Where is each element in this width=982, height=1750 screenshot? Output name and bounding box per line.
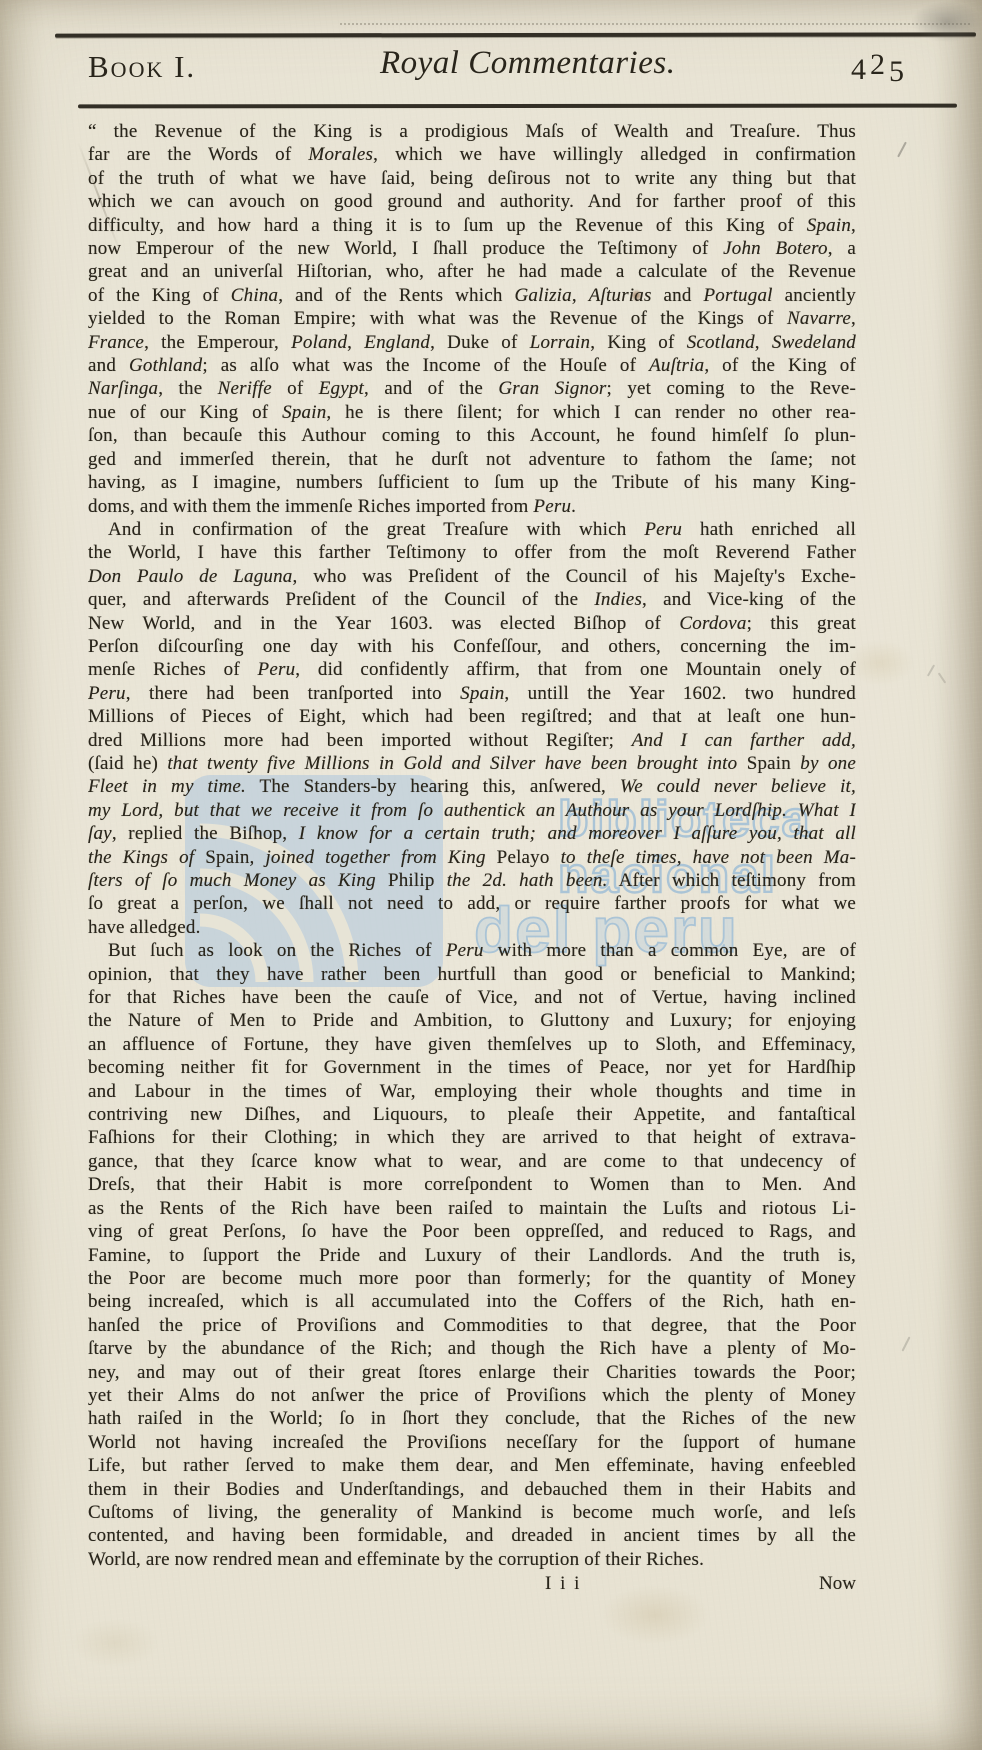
text-segment: Spain: [807, 215, 851, 236]
text-segment: doms, and with them the immenſe Riches i…: [88, 496, 533, 517]
text-line: And in confirmation of the great Treaſur…: [88, 518, 856, 541]
text-segment: Peru: [258, 659, 296, 680]
text-line: Dreſs, that their Habit is more correſpo…: [88, 1173, 856, 1196]
text-segment: Auſtria: [649, 355, 704, 376]
text-segment: them in their Bodies and Underſtandings,…: [88, 1479, 856, 1500]
signature-mark: I i i: [545, 1573, 581, 1595]
text-segment: quer, and afterwards Preſident of the Co…: [88, 589, 594, 610]
text-segment: Cordova: [679, 613, 746, 634]
text-segment: The Standers-by hearing this, anſwered,: [246, 776, 620, 797]
text-segment: Pelayo: [497, 847, 561, 868]
text-line: the Kings of Spain, joined together from…: [88, 846, 856, 869]
text-segment: nue of our King of: [88, 402, 282, 423]
text-segment: far are the Words of: [88, 144, 308, 165]
text-segment: England: [364, 332, 430, 353]
text-segment: and: [88, 355, 129, 376]
text-segment: Gran Signor: [498, 378, 606, 399]
text-segment: Peru: [88, 683, 126, 704]
text-segment: ,: [851, 215, 856, 236]
text-segment: , the: [158, 378, 217, 399]
text-line: Famine, to ſupport the Pride and Luxury …: [88, 1244, 856, 1267]
text-line: yielded to the Roman Empire; with what w…: [88, 307, 856, 330]
scan-noise-line: [340, 23, 970, 25]
text-line: the Poor are become much more poor than …: [88, 1267, 856, 1290]
text-segment: ged and immerſed therein, that he durſt …: [88, 449, 856, 470]
text-segment: contriving new Diſhes, and Liquours, to …: [88, 1104, 856, 1125]
text-segment: Swedeland: [772, 332, 856, 353]
text-segment: Philip: [388, 870, 447, 891]
text-line: hanſed the price of Proviſions and Commo…: [88, 1314, 856, 1337]
text-segment: the Nature of Men to Pride and Ambition,…: [88, 1010, 856, 1031]
text-segment: , who was Preſident of the Council of hi…: [293, 566, 856, 587]
text-line: contented, and having been formidable, a…: [88, 1524, 856, 1547]
text-segment: great and an univerſal Hiſtorian, who, a…: [88, 261, 856, 282]
text-segment: Portugal: [703, 285, 772, 306]
text-segment: And I can farther add,: [632, 730, 856, 751]
text-line: Cuſtoms of living, the generality of Man…: [88, 1501, 856, 1524]
text-line: quer, and afterwards Preſident of the Co…: [88, 588, 856, 611]
text-line: nue of our King of Spain, he is there ſi…: [88, 401, 856, 424]
text-segment: World not having increaſed the Proviſion…: [88, 1432, 856, 1453]
text-segment: Dreſs, that their Habit is more correſpo…: [88, 1174, 856, 1195]
text-segment: yet their Alms do not anſwer the price o…: [88, 1385, 856, 1406]
text-line: now Emperour of the new World, I ſhall p…: [88, 237, 856, 260]
page-number: 425: [851, 53, 908, 87]
text-line: ſo great a perſon, we ſhall not need to …: [88, 892, 856, 915]
text-segment: Perſon diſcourſing one day with his Conf…: [88, 636, 856, 657]
text-segment: New World, and in the Year 1603. was ele…: [88, 613, 679, 634]
text-segment: Fleet in my time.: [88, 776, 246, 797]
text-line: far are the Words of Morales, which we h…: [88, 143, 856, 166]
text-segment: becoming neither fit for Government in t…: [88, 1057, 856, 1078]
paper-stain: [70, 1618, 160, 1668]
text-segment: Spain: [747, 753, 801, 774]
text-segment: After which teſtimony from: [608, 870, 856, 891]
text-line: of the truth of what we have ſaid, being…: [88, 167, 856, 190]
text-segment: ,: [851, 308, 856, 329]
text-segment: Life, but rather ſerved to make them dea…: [88, 1455, 856, 1476]
text-segment: ,: [347, 332, 364, 353]
text-segment: , Duke of: [430, 332, 530, 353]
text-segment: ſay: [88, 823, 112, 844]
text-segment: Neriffe: [218, 378, 272, 399]
text-segment: Morales: [308, 144, 373, 165]
text-segment: and: [652, 285, 704, 306]
page-footer: I i i Now: [88, 1573, 856, 1597]
text-segment: hath enriched all: [682, 519, 856, 540]
text-line: (ſaid he) that twenty five Millions in G…: [88, 752, 856, 775]
text-segment: hath raiſed in the World; ſo in ſhort th…: [88, 1408, 856, 1429]
text-segment: Don Paulo de Laguna: [88, 566, 293, 587]
text-segment: menſe Riches of: [88, 659, 258, 680]
text-segment: ſters of ſo much Money as King: [88, 870, 388, 891]
text-segment: “ the Revenue of the King is a prodigiou…: [88, 121, 856, 142]
text-line: great and an univerſal Hiſtorian, who, a…: [88, 260, 856, 283]
text-segment: ,: [572, 285, 589, 306]
text-segment: Gothland: [129, 355, 202, 376]
text-line: which we can avouch on good ground and a…: [88, 190, 856, 213]
text-segment: France: [88, 332, 144, 353]
text-segment: , joined together from King: [250, 847, 497, 868]
text-line: doms, and with them the immenſe Riches i…: [88, 495, 856, 518]
header-rule-top: [55, 32, 976, 37]
text-segment: that twenty five Millions in Gold and Si…: [167, 753, 746, 774]
text-segment: Peru: [533, 496, 571, 517]
text-line: the Nature of Men to Pride and Ambition,…: [88, 1009, 856, 1032]
text-segment: Faſhions for their Clothing; in which th…: [88, 1127, 856, 1148]
text-segment: ſon, than becauſe this Authour coming to…: [88, 425, 856, 446]
text-segment: Aſturias: [589, 285, 652, 306]
text-segment: ; as alſo what was the Income of the Hou…: [202, 355, 649, 376]
text-line: Millions of Pieces of Eight, which had b…: [88, 705, 856, 728]
text-segment: ; yet coming to the Reve-: [607, 378, 856, 399]
text-segment: , he is there ſilent; for which I can re…: [326, 402, 856, 423]
text-segment: Cuſtoms of living, the generality of Man…: [88, 1502, 856, 1523]
text-line: World, are now rendred mean and effemina…: [88, 1548, 856, 1571]
text-segment: Lorrain: [530, 332, 591, 353]
text-segment: of: [272, 378, 319, 399]
text-segment: ſo great a perſon, we ſhall not need to …: [88, 893, 856, 914]
text-line: Narſinga, the Neriffe of Egypt, and of t…: [88, 377, 856, 400]
text-segment: (ſaid he): [88, 753, 167, 774]
text-line: and Labour in the times of War, employin…: [88, 1080, 856, 1103]
text-segment: , King of: [590, 332, 686, 353]
text-segment: of the truth of what we have ſaid, being…: [88, 168, 856, 189]
text-segment: , and of the: [364, 378, 498, 399]
text-segment: China: [231, 285, 278, 306]
text-line: being increaſed, which is all accumulate…: [88, 1290, 856, 1313]
text-segment: by one: [800, 753, 856, 774]
text-line: contriving new Diſhes, and Liquours, to …: [88, 1103, 856, 1126]
paragraph: And in confirmation of the great Treaſur…: [88, 518, 856, 939]
text-segment: the 2d. hath been.: [447, 870, 608, 891]
text-line: Fleet in my time. The Standers-by hearin…: [88, 775, 856, 798]
text-segment: ; this great: [747, 613, 856, 634]
page-number-digit: 2: [870, 48, 889, 82]
text-segment: of the King of: [88, 285, 231, 306]
text-segment: Narſinga: [88, 378, 158, 399]
text-line: ſtarve by the abundance of the Rich; and…: [88, 1337, 856, 1360]
text-line: the World, I have this farther Teſtimony…: [88, 541, 856, 564]
text-line: difficulty, and how hard a thing it is t…: [88, 214, 856, 237]
text-segment: But ſuch as look on the Riches of: [108, 940, 446, 961]
text-segment: Spain: [460, 683, 504, 704]
text-line: But ſuch as look on the Riches of Peru w…: [88, 939, 856, 962]
text-line: gance, that they ſcarce know what to wea…: [88, 1150, 856, 1173]
text-segment: Egypt: [319, 378, 364, 399]
text-segment: World, are now rendred mean and effemina…: [88, 1549, 704, 1570]
text-segment: Scotland: [687, 332, 755, 353]
text-segment: having, as I imagine, numbers ſufficient…: [88, 472, 856, 493]
text-segment: as the Rents of the Rich have been raiſe…: [88, 1198, 856, 1219]
page-number-digit: 4: [851, 53, 870, 87]
text-segment: I know for a certain truth; and moreover…: [299, 823, 856, 844]
text-segment: Millions of Pieces of Eight, which had b…: [88, 706, 856, 727]
text-segment: yielded to the Roman Empire; with what w…: [88, 308, 787, 329]
text-segment: gance, that they ſcarce know what to wea…: [88, 1151, 856, 1172]
text-segment: , the Emperour,: [144, 332, 291, 353]
text-segment: , did confidently affirm, that from one …: [295, 659, 856, 680]
text-segment: , a: [828, 238, 856, 259]
pencil-mark: [938, 672, 946, 683]
text-segment: to theſe times, have not been Ma-: [561, 847, 856, 868]
book-page: biblioteca nacional del peru Book I. Roy…: [0, 0, 982, 1750]
text-segment: dred Millions more had been imported wit…: [88, 730, 632, 751]
text-line: ſay, replied the Biſhop, I know for a ce…: [88, 822, 856, 845]
text-segment: ,: [755, 332, 772, 353]
text-line: them in their Bodies and Underſtandings,…: [88, 1478, 856, 1501]
text-segment: have alledged.: [88, 917, 201, 938]
text-segment: and Labour in the times of War, employin…: [88, 1081, 856, 1102]
text-line: Don Paulo de Laguna, who was Preſident o…: [88, 565, 856, 588]
text-segment: , there had been tranſported into: [126, 683, 460, 704]
text-line: have alledged.: [88, 916, 856, 939]
text-segment: the Kings of: [88, 847, 205, 868]
book-label: Book I.: [88, 49, 196, 85]
text-line: “ the Revenue of the King is a prodigiou…: [88, 120, 856, 143]
paragraph: “ the Revenue of the King is a prodigiou…: [88, 120, 856, 518]
text-segment: We could never believe it,: [620, 776, 856, 797]
text-segment: contented, and having been formidable, a…: [88, 1525, 856, 1546]
text-line: of the King of China, and of the Rents w…: [88, 284, 856, 307]
text-segment: which we can avouch on good ground and a…: [88, 191, 856, 212]
text-segment: ſtarve by the abundance of the Rich; and…: [88, 1338, 856, 1359]
text-segment: ney, and may out of their great ſtores e…: [88, 1362, 856, 1383]
text-segment: Spain: [282, 402, 326, 423]
text-line: hath raiſed in the World; ſo in ſhort th…: [88, 1407, 856, 1430]
text-line: World not having increaſed the Proviſion…: [88, 1431, 856, 1454]
text-line: having, as I imagine, numbers ſufficient…: [88, 471, 856, 494]
text-segment: ving of great Perſons, ſo have the Poor …: [88, 1221, 856, 1242]
text-segment: the Poor are become much more poor than …: [88, 1268, 856, 1289]
text-segment: difficulty, and how hard a thing it is t…: [88, 215, 807, 236]
text-line: Peru, there had been tranſported into Sp…: [88, 682, 856, 705]
text-segment: for that Riches have been the cauſe of V…: [88, 987, 856, 1008]
text-line: ged and immerſed therein, that he durſt …: [88, 448, 856, 471]
text-segment: an affluence of Fortune, they have given…: [88, 1034, 856, 1055]
text-segment: , of the King of: [704, 355, 856, 376]
text-segment: .: [571, 496, 576, 517]
text-segment: the World, I have this farther Teſtimony…: [88, 542, 856, 563]
page-number-digit: 5: [889, 55, 908, 89]
text-line: dred Millions more had been imported wit…: [88, 729, 856, 752]
catchword: Now: [819, 1573, 856, 1595]
pencil-mark: [897, 142, 907, 158]
text-line: ſters of ſo much Money as King Philip th…: [88, 869, 856, 892]
text-segment: being increaſed, which is all accumulate…: [88, 1291, 856, 1312]
text-segment: anciently: [773, 285, 856, 306]
text-line: yet their Alms do not anſwer the price o…: [88, 1384, 856, 1407]
pencil-mark: [901, 1336, 910, 1351]
text-line: for that Riches have been the cauſe of V…: [88, 986, 856, 1009]
text-segment: , replied the Biſhop,: [112, 823, 299, 844]
text-line: and Gothland; as alſo what was the Incom…: [88, 354, 856, 377]
text-segment: Indies: [594, 589, 642, 610]
text-segment: , which we have willingly alledged in co…: [373, 144, 856, 165]
text-segment: Peru: [644, 519, 682, 540]
text-segment: , and of the Rents which: [278, 285, 514, 306]
text-segment: Spain: [205, 847, 249, 868]
text-line: Faſhions for their Clothing; in which th…: [88, 1126, 856, 1149]
text-segment: my Lord, but that we receive it from ſo …: [88, 800, 856, 821]
text-line: ving of great Perſons, ſo have the Poor …: [88, 1220, 856, 1243]
text-segment: Peru: [446, 940, 484, 961]
text-segment: Poland: [291, 332, 347, 353]
paragraph: But ſuch as look on the Riches of Peru w…: [88, 939, 856, 1571]
text-line: becoming neither fit for Government in t…: [88, 1056, 856, 1079]
header-rule-bottom: [78, 104, 957, 109]
text-segment: Famine, to ſupport the Pride and Luxury …: [88, 1245, 856, 1266]
text-segment: Galizia: [515, 285, 572, 306]
text-line: ſon, than becauſe this Authour coming to…: [88, 424, 856, 447]
text-segment: , untill the Year 1602. two hundred: [504, 683, 856, 704]
text-segment: John Botero: [723, 238, 828, 259]
text-line: Life, but rather ſerved to make them dea…: [88, 1454, 856, 1477]
text-segment: And in confirmation of the great Treaſur…: [108, 519, 644, 540]
pencil-mark: [927, 664, 935, 676]
text-line: New World, and in the Year 1603. was ele…: [88, 612, 856, 635]
text-line: as the Rents of the Rich have been raiſe…: [88, 1197, 856, 1220]
body-text: “ the Revenue of the King is a prodigiou…: [88, 120, 856, 1571]
text-line: opinion, that they have rather been hurt…: [88, 963, 856, 986]
text-line: ney, and may out of their great ſtores e…: [88, 1361, 856, 1384]
text-line: menſe Riches of Peru, did confidently af…: [88, 658, 856, 681]
text-line: Perſon diſcourſing one day with his Conf…: [88, 635, 856, 658]
text-line: an affluence of Fortune, they have given…: [88, 1033, 856, 1056]
text-line: France, the Emperour, Poland, England, D…: [88, 331, 856, 354]
text-segment: with more than a common Eye, are of: [484, 940, 856, 961]
text-segment: hanſed the price of Proviſions and Commo…: [88, 1315, 856, 1336]
text-segment: Navarre: [787, 308, 851, 329]
text-segment: opinion, that they have rather been hurt…: [88, 964, 856, 985]
text-segment: now Emperour of the new World, I ſhall p…: [88, 238, 723, 259]
text-segment: , and Vice-king of the: [642, 589, 856, 610]
text-line: my Lord, but that we receive it from ſo …: [88, 799, 856, 822]
running-title: Royal Commentaries.: [380, 45, 675, 82]
